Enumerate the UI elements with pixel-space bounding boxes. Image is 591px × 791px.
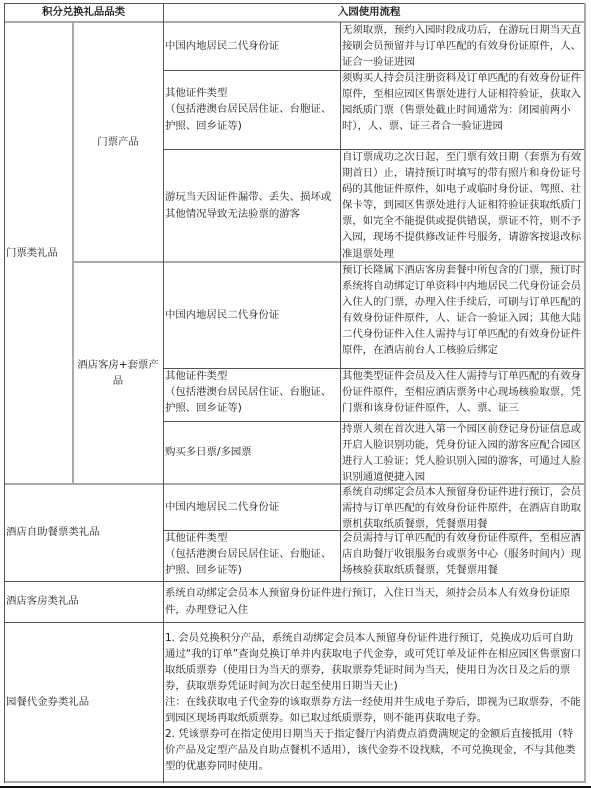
border-left <box>4 3 5 783</box>
product-cell-hotel-package: 酒店客房+套票产品 <box>73 262 163 484</box>
category-label: 酒店客房类礼品 <box>6 593 79 609</box>
category-label: 园餐代金券类礼品 <box>6 694 89 710</box>
id-type-cell: 其他证件类型 （包括港澳台居民居住证、台胞证、护照、回乡证等) <box>163 70 340 149</box>
row-divider <box>4 622 585 623</box>
process-cell: 1. 会员兑换积分产品，系统自动绑定会员本人预留身份证件进行预订，兑换成功后可自… <box>163 622 585 782</box>
row-divider <box>4 581 585 582</box>
row-divider <box>163 368 585 369</box>
header-category-label: 积分兑换礼品品类 <box>42 4 125 20</box>
process-text: 会员需持与订单匹配的有效身份证件原件，至相应酒店自助餐厅收银服务台或票务中心（服… <box>342 530 583 578</box>
process-cell: 其他类型证件会员及入住人需持与订单匹配的有效身份证件原件，至相应酒店票务中心现场… <box>340 368 585 421</box>
id-type-cell: 购买多日票/多园票 <box>163 421 340 484</box>
redemption-rules-table: 积分兑换礼品品类 入园使用流程 门票类礼品 门票产品 中国内地居民二代身份证 无… <box>4 3 585 782</box>
process-cell: 系统自动绑定会员本人预留身份证件进行预订，入住日当天，须持会员本人有效身份证原件… <box>163 581 585 622</box>
id-type-cell: 游玩当天因证件漏带、丢失、损坏或其他情况导致无法验票的游客 <box>163 149 340 262</box>
category-cell-buffet: 酒店自助餐票类礼品 <box>4 484 163 581</box>
row-divider <box>163 70 585 71</box>
product-cell-ticket: 门票产品 <box>73 22 163 262</box>
id-type-cell: 其他证件类型 （包括港澳台居民居住证、台胞证、护照、回乡证等) <box>163 530 340 581</box>
id-type-cell: 中国内地居民二代身份证 <box>163 262 340 368</box>
header-category: 积分兑换礼品品类 <box>4 3 163 22</box>
id-type-cell: 其他证件类型 （包括港澳台居民居住证、台胞证、护照、回乡证等) <box>163 368 340 421</box>
process-cell: 会员需持与订单匹配的有效身份证件原件，至相应酒店自助餐厅收银服务台或票务中心（服… <box>340 530 585 581</box>
col-divider <box>163 3 164 783</box>
category-cell-tickets: 门票类礼品 <box>4 22 73 484</box>
header-process-label: 入园使用流程 <box>338 4 400 20</box>
process-text: 须购买人持会员注册资料及订单匹配的有效身份证件原件，至相应园区售票处进行人证相符… <box>342 70 583 134</box>
process-text: 持票人须在首次进入第一个园区前登记身份证信息或开启人脸识别功能，凭身份证入园的游… <box>342 421 583 484</box>
category-cell-hotel-room: 酒店客房类礼品 <box>4 581 163 622</box>
product-label: 酒店客房+套票产品 <box>75 357 161 389</box>
category-cell-dining-voucher: 园餐代金券类礼品 <box>4 622 163 782</box>
category-label: 门票类礼品 <box>6 245 58 261</box>
process-text: 预订长隆属下酒店客房套餐中所包含的门票，预订时系统将自动绑定订单资料中内地居民二… <box>342 262 583 359</box>
id-type-label: 购买多日票/多园票 <box>165 444 252 460</box>
id-type-cell: 中国内地居民二代身份证 <box>163 22 340 70</box>
border-right <box>584 3 586 783</box>
process-text: 其他类型证件会员及入住人需持与订单匹配的有效身份证件原件，至相应酒店票务中心现场… <box>342 368 583 416</box>
col-divider <box>340 22 341 581</box>
product-label: 门票产品 <box>97 134 139 150</box>
process-cell: 预订长隆属下酒店客房套餐中所包含的门票，预订时系统将自动绑定订单资料中内地居民二… <box>340 262 585 368</box>
border-bottom <box>4 781 585 783</box>
id-type-label: 其他证件类型 （包括港澳台居民居住证、台胞证、护照、回乡证等) <box>165 530 338 578</box>
process-cell: 自订票成功之次日起，至门票有效日期（套票为有效期首日）止，请持预订时填写的带有照… <box>340 149 585 262</box>
row-divider <box>163 149 585 150</box>
process-cell: 须购买人持会员注册资料及订单匹配的有效身份证件原件，至相应园区售票处进行人证相符… <box>340 70 585 149</box>
row-divider <box>4 483 585 485</box>
process-text: 自订票成功之次日起，至门票有效日期（套票为有效期首日）止，请持预订时填写的带有照… <box>342 149 583 262</box>
header-process: 入园使用流程 <box>163 3 585 22</box>
category-label: 酒店自助餐票类礼品 <box>6 524 100 540</box>
row-divider <box>163 421 585 422</box>
id-type-label: 中国内地居民二代身份证 <box>165 499 279 515</box>
col-divider <box>72 22 74 484</box>
process-text: 系统自动绑定会员本人预留身份证件进行预订，会员需持与订单匹配的有效身份证件原件，… <box>342 484 583 530</box>
process-text: 系统自动绑定会员本人预留身份证件进行预订，入住日当天，须持会员本人有效身份证原件… <box>165 585 583 617</box>
row-divider <box>73 261 585 263</box>
page-bottom-rule <box>0 786 591 788</box>
process-cell: 持票人须在首次进入第一个园区前登记身份证信息或开启人脸识别功能，凭身份证入园的游… <box>340 421 585 484</box>
process-cell: 无须取票，预约入园时段成功后，在游玩日期当天直接刷会员预留并与订单匹配的有效身份… <box>340 22 585 70</box>
process-text: 无须取票，预约入园时段成功后，在游玩日期当天直接刷会员预留并与订单匹配的有效身份… <box>342 22 583 70</box>
id-type-label: 其他证件类型 （包括港澳台居民居住证、台胞证、护照、回乡证等) <box>165 368 338 416</box>
id-type-label: 中国内地居民二代身份证 <box>165 38 279 54</box>
header-divider <box>4 21 585 23</box>
id-type-label: 中国内地居民二代身份证 <box>165 307 279 323</box>
process-cell: 系统自动绑定会员本人预留身份证件进行预订，会员需持与订单匹配的有效身份证件原件，… <box>340 484 585 530</box>
process-text: 1. 会员兑换积分产品，系统自动绑定会员本人预留身份证件进行预订，兑换成功后可自… <box>165 630 583 775</box>
id-type-label: 其他证件类型 （包括港澳台居民居住证、台胞证、护照、回乡证等) <box>165 85 338 133</box>
id-type-label: 游玩当天因证件漏带、丢失、损坏或其他情况导致无法验票的游客 <box>165 189 338 221</box>
border-top <box>4 3 585 4</box>
row-divider <box>163 530 585 531</box>
id-type-cell: 中国内地居民二代身份证 <box>163 484 340 530</box>
